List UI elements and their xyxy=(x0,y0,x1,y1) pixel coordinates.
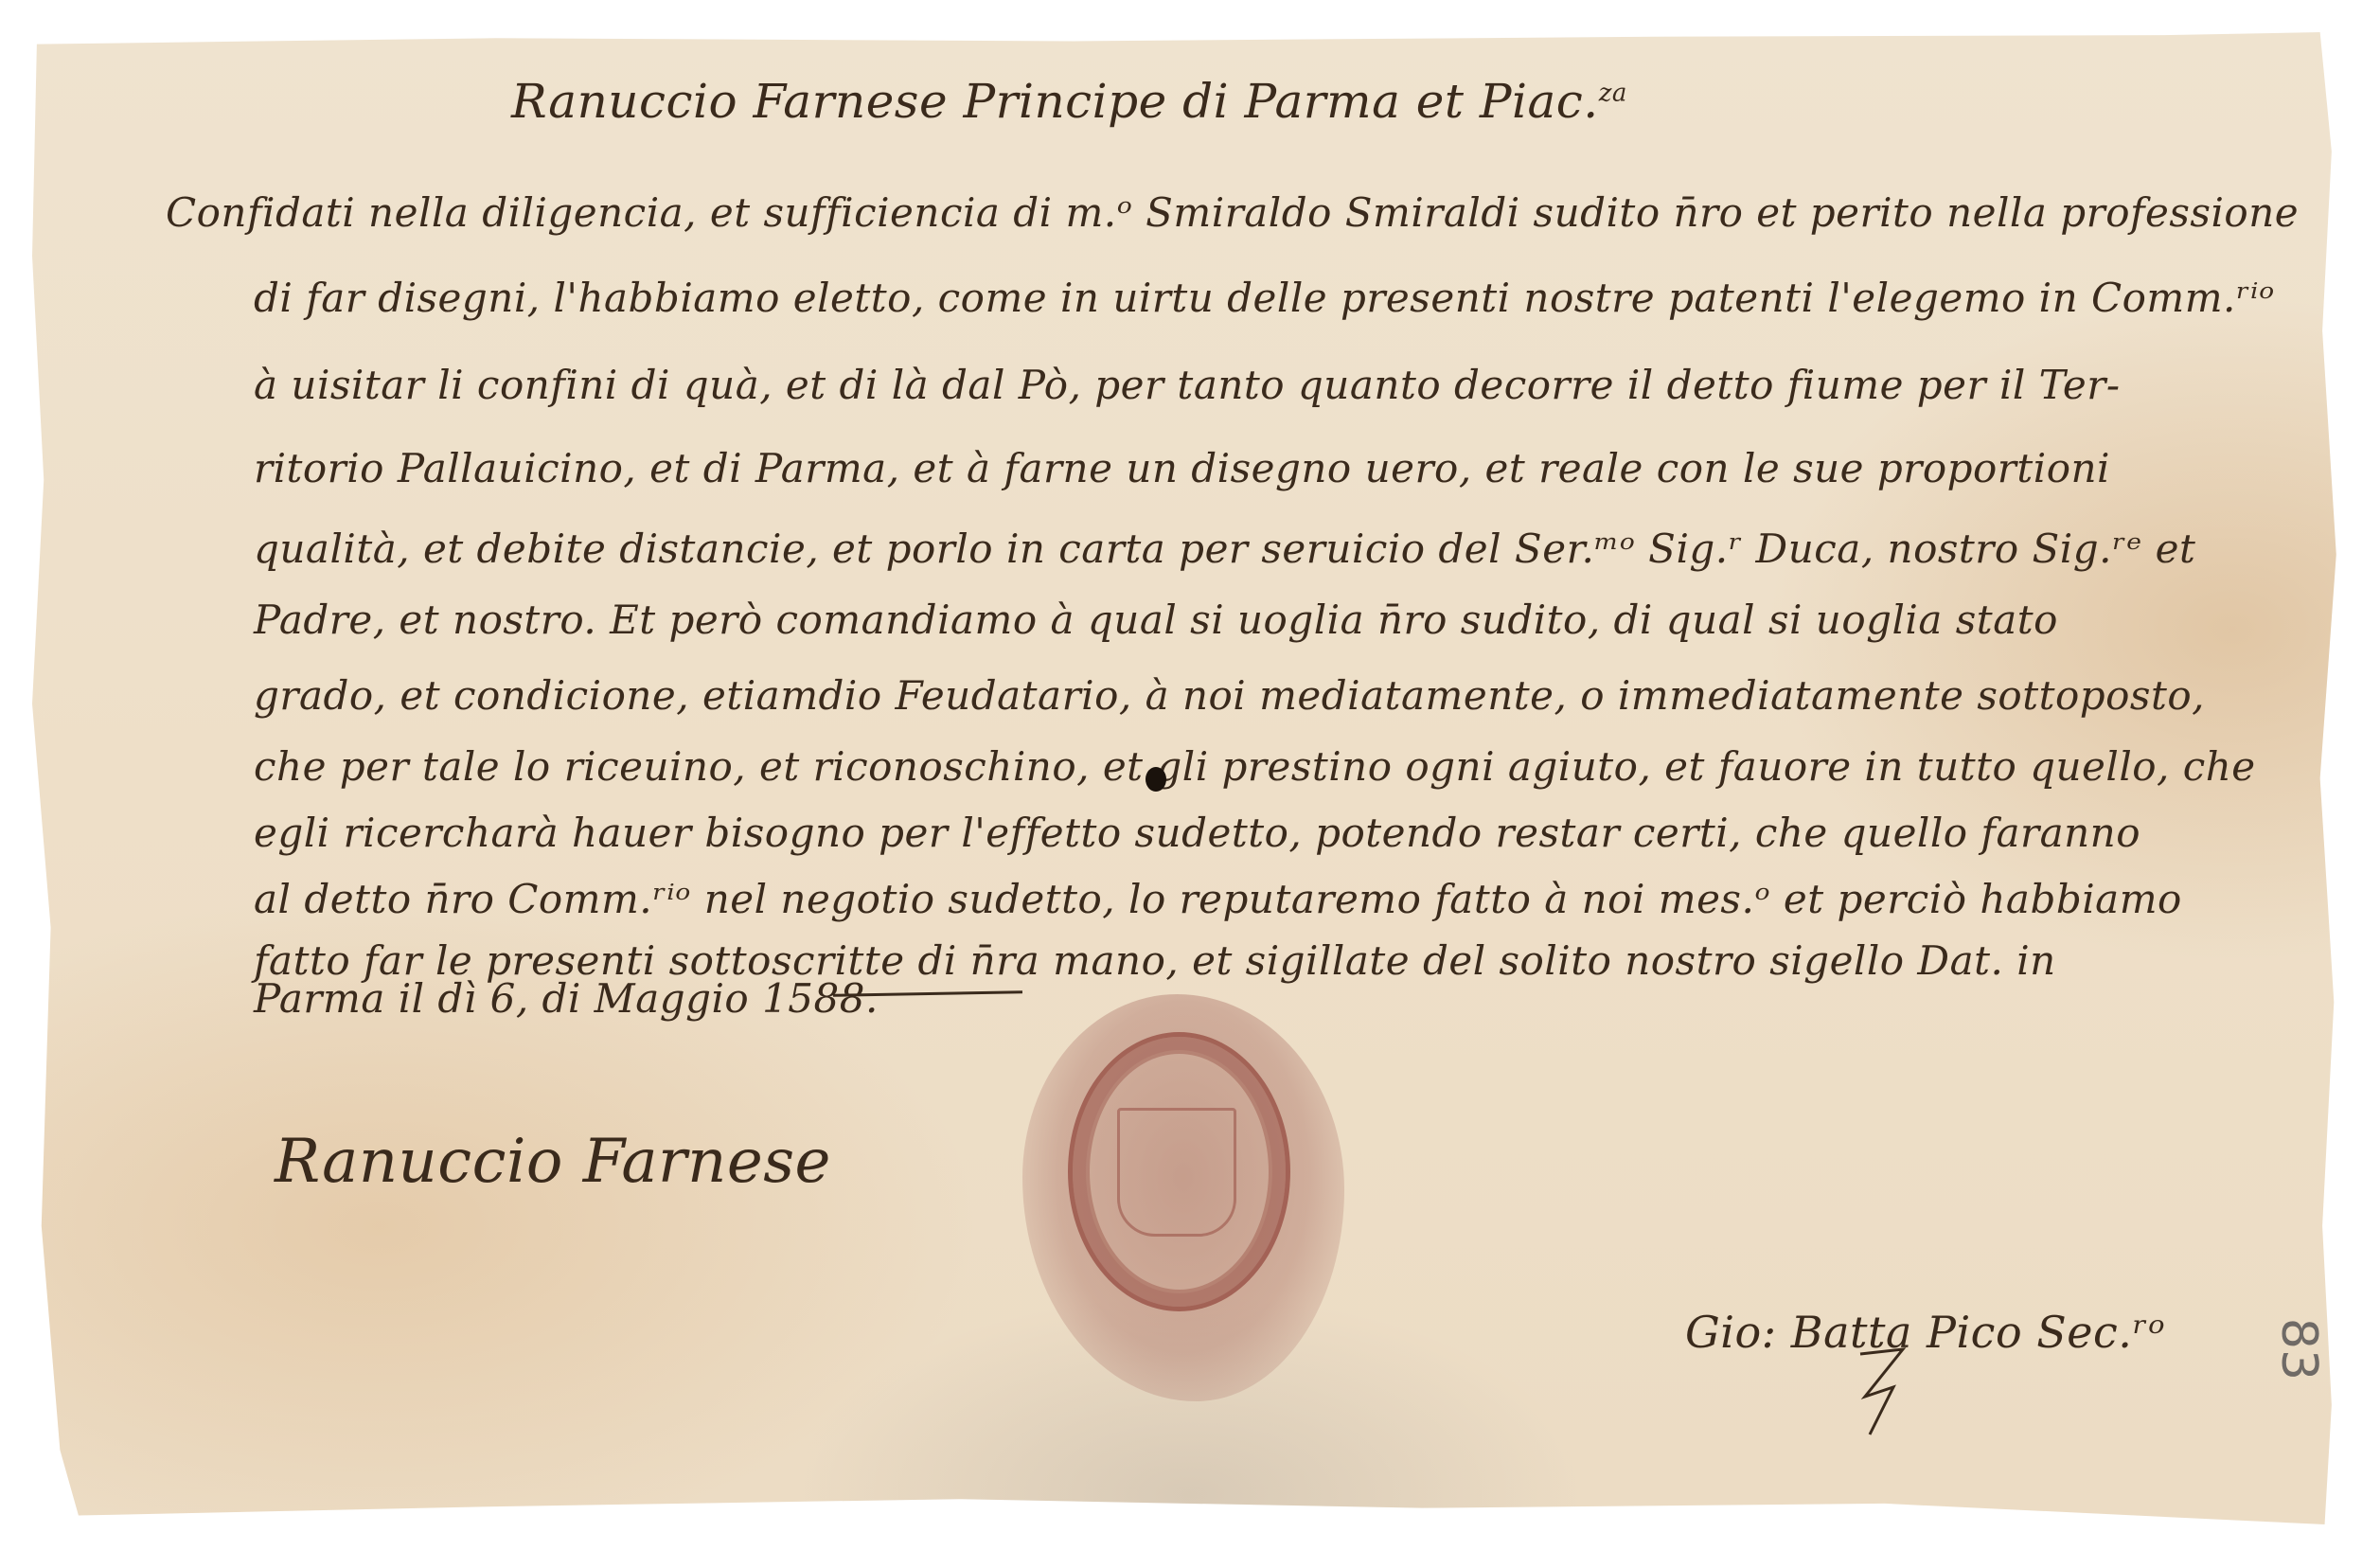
body-line: egli ricercharà hauer bisogno per l'effe… xyxy=(254,810,2140,856)
folio-number: 83 xyxy=(2270,1318,2327,1381)
signature-ranuccio-farnese: Ranuccio Farnese xyxy=(275,1127,831,1197)
body-line: ritorio Pallauicino, et di Parma, et à f… xyxy=(254,445,2110,491)
date-line: Parma il dì 6, di Maggio 1588. xyxy=(254,975,879,1022)
body-line: Confidati nella diligencia, et sufficien… xyxy=(166,189,2299,236)
body-line: grado, et condicione, etiamdio Feudatari… xyxy=(254,672,2205,719)
signature-flourish-icon xyxy=(1856,1345,1912,1439)
heading-superscript: za xyxy=(1599,79,1627,107)
body-line: di far disegni, l'habbiamo eletto, come … xyxy=(254,275,2275,321)
body-line: che per tale lo riceuino, et riconoschin… xyxy=(254,743,2256,790)
ink-blot-hole xyxy=(1146,767,1166,792)
body-line: à uisitar li confini di quà, et di là da… xyxy=(254,362,2121,408)
signature-secretary: Gio: Batta Pico Sec.ʳᵒ xyxy=(1685,1307,2165,1358)
seal-coat-of-arms-icon xyxy=(1117,1108,1236,1237)
body-line: al detto n̄ro Comm.ʳⁱᵒ nel negotio sudet… xyxy=(254,876,2182,922)
document-heading: Ranuccio Farnese Principe di Parma et Pi… xyxy=(511,74,1627,129)
body-line: qualità, et debite distancie, et porlo i… xyxy=(254,526,2195,572)
heading-text: Ranuccio Farnese Principe di Parma et Pi… xyxy=(511,74,1599,129)
body-line: Padre, et nostro. Et però comandiamo à q… xyxy=(254,597,2058,643)
